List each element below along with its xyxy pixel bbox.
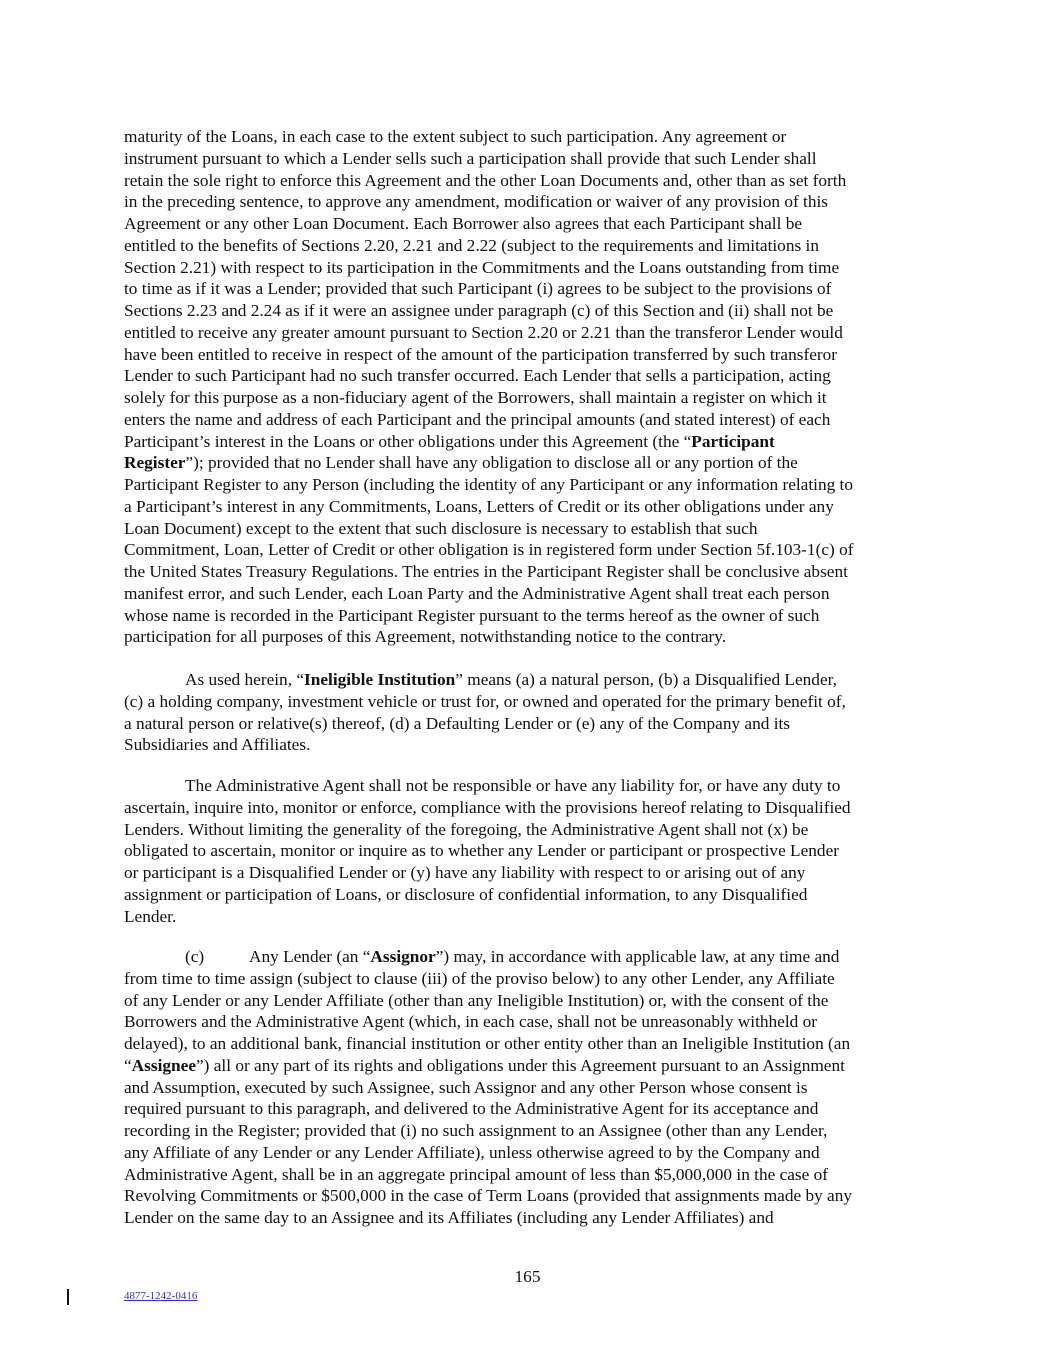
text-run: to time as if it was a Lender; provided … <box>124 279 831 298</box>
text-line: maturity of the Loans, in each case to t… <box>124 126 936 148</box>
text-line: assignment or participation of Loans, or… <box>124 884 936 906</box>
text-run: Lender to such Participant had no such t… <box>124 366 831 385</box>
text-line: participation for all purposes of this A… <box>124 626 936 648</box>
text-line: delayed), to an additional bank, financi… <box>124 1033 936 1055</box>
text-run: recording in the Register; provided that… <box>124 1121 827 1140</box>
text-run: the United States Treasury Regulations. … <box>124 562 848 581</box>
text-run: Agreement or any other Loan Document. Ea… <box>124 214 802 233</box>
text-line: whose name is recorded in the Participan… <box>124 605 936 627</box>
document-page: maturity of the Loans, in each case to t… <box>0 0 1055 1365</box>
text-line: Section 2.21) with respect to its partic… <box>124 257 936 279</box>
text-run: Revolving Commitments or $500,000 in the… <box>124 1186 852 1205</box>
text-line: “Assignee”) all or any part of its right… <box>124 1055 936 1077</box>
text-line: a Participant’s interest in any Commitme… <box>124 496 936 518</box>
text-run: ” means (a) a natural person, (b) a Disq… <box>455 670 837 689</box>
text-run: Any Lender (an “ <box>249 947 370 966</box>
text-run: (c) <box>185 946 249 968</box>
text-run: in the preceding sentence, to approve an… <box>124 192 828 211</box>
defined-term: Assignor <box>370 947 435 966</box>
text-line: manifest error, and such Lender, each Lo… <box>124 583 936 605</box>
text-run: As used herein, “ <box>185 670 304 689</box>
text-run: Loan Document) except to the extent that… <box>124 519 757 538</box>
text-line: from time to time assign (subject to cla… <box>124 968 936 990</box>
text-line: Borrowers and the Administrative Agent (… <box>124 1011 936 1033</box>
text-line: in the preceding sentence, to approve an… <box>124 191 936 213</box>
text-line: enters the name and address of each Part… <box>124 409 936 431</box>
text-run: Administrative Agent, shall be in an agg… <box>124 1165 828 1184</box>
text-line: required pursuant to this paragraph, and… <box>124 1098 936 1120</box>
text-run: have been entitled to receive in respect… <box>124 345 837 364</box>
text-line: Commitment, Loan, Letter of Credit or ot… <box>124 539 936 561</box>
text-line: obligated to ascertain, monitor or inqui… <box>124 840 936 862</box>
revision-change-bar <box>67 1289 69 1305</box>
text-run: and Assumption, executed by such Assigne… <box>124 1078 807 1097</box>
text-line: Lenders. Without limiting the generality… <box>124 819 936 841</box>
defined-term: Participant <box>691 432 775 451</box>
text-line: instrument pursuant to which a Lender se… <box>124 148 936 170</box>
paragraph-admin-agent-disqualified: The Administrative Agent shall not be re… <box>124 775 936 927</box>
text-run: ascertain, inquire into, monitor or enfo… <box>124 798 851 817</box>
text-line: Revolving Commitments or $500,000 in the… <box>124 1185 936 1207</box>
defined-term: Register <box>124 453 185 472</box>
text-line: (c)Any Lender (an “Assignor”) may, in ac… <box>124 946 936 968</box>
text-run: Participant Register to any Person (incl… <box>124 475 853 494</box>
text-line: Register”); provided that no Lender shal… <box>124 452 936 474</box>
text-run: ”); provided that no Lender shall have a… <box>185 453 797 472</box>
text-run: maturity of the Loans, in each case to t… <box>124 127 786 146</box>
text-line: (c) a holding company, investment vehicl… <box>124 691 936 713</box>
text-line: solely for this purpose as a non-fiducia… <box>124 387 936 409</box>
text-line: to time as if it was a Lender; provided … <box>124 278 936 300</box>
text-line: have been entitled to receive in respect… <box>124 344 936 366</box>
text-line: and Assumption, executed by such Assigne… <box>124 1077 936 1099</box>
text-run: delayed), to an additional bank, financi… <box>124 1034 850 1053</box>
text-run: obligated to ascertain, monitor or inqui… <box>124 841 839 860</box>
text-run: Commitment, Loan, Letter of Credit or ot… <box>124 540 853 559</box>
text-run: (c) a holding company, investment vehicl… <box>124 692 846 711</box>
text-line: Lender on the same day to an Assignee an… <box>124 1207 936 1229</box>
text-run: manifest error, and such Lender, each Lo… <box>124 584 829 603</box>
text-run: Participant’s interest in the Loans or o… <box>124 432 691 451</box>
text-line: entitled to receive any greater amount p… <box>124 322 936 344</box>
text-run: Borrowers and the Administrative Agent (… <box>124 1012 817 1031</box>
text-run: whose name is recorded in the Participan… <box>124 606 819 625</box>
text-run: entitled to the benefits of Sections 2.2… <box>124 236 819 255</box>
text-line: Subsidiaries and Affiliates. <box>124 734 936 756</box>
text-run: Section 2.21) with respect to its partic… <box>124 258 839 277</box>
text-run: retain the sole right to enforce this Ag… <box>124 171 846 190</box>
defined-term: Ineligible Institution <box>304 670 455 689</box>
text-line: Lender to such Participant had no such t… <box>124 365 936 387</box>
text-run: Lenders. Without limiting the generality… <box>124 820 808 839</box>
text-run: of any Lender or any Lender Affiliate (o… <box>124 991 828 1010</box>
text-run: a Participant’s interest in any Commitme… <box>124 497 834 516</box>
paragraph-ineligible-institution: As used herein, “Ineligible Institution”… <box>124 669 936 756</box>
text-run: The Administrative Agent shall not be re… <box>185 776 840 795</box>
text-line: entitled to the benefits of Sections 2.2… <box>124 235 936 257</box>
text-run: assignment or participation of Loans, or… <box>124 885 807 904</box>
text-line: recording in the Register; provided that… <box>124 1120 936 1142</box>
text-run: enters the name and address of each Part… <box>124 410 830 429</box>
text-line: Participant’s interest in the Loans or o… <box>124 431 936 453</box>
text-run: or participant is a Disqualified Lender … <box>124 863 805 882</box>
text-run: a natural person or relative(s) thereof,… <box>124 714 790 733</box>
text-line: ascertain, inquire into, monitor or enfo… <box>124 797 936 819</box>
text-line: the United States Treasury Regulations. … <box>124 561 936 583</box>
text-line: Administrative Agent, shall be in an agg… <box>124 1164 936 1186</box>
text-run: “ <box>124 1056 132 1075</box>
text-run: entitled to receive any greater amount p… <box>124 323 843 342</box>
defined-term: Assignee <box>132 1056 196 1075</box>
text-line: of any Lender or any Lender Affiliate (o… <box>124 990 936 1012</box>
text-line: retain the sole right to enforce this Ag… <box>124 170 936 192</box>
text-line: Agreement or any other Loan Document. Ea… <box>124 213 936 235</box>
text-line: a natural person or relative(s) thereof,… <box>124 713 936 735</box>
text-line: Sections 2.23 and 2.24 as if it were an … <box>124 300 936 322</box>
page-number: 165 <box>0 1267 1055 1287</box>
paragraph-participant-register: maturity of the Loans, in each case to t… <box>124 126 936 648</box>
text-line: Participant Register to any Person (incl… <box>124 474 936 496</box>
text-line: As used herein, “Ineligible Institution”… <box>124 669 936 691</box>
text-run: Sections 2.23 and 2.24 as if it were an … <box>124 301 833 320</box>
text-run: instrument pursuant to which a Lender se… <box>124 149 817 168</box>
text-line: Loan Document) except to the extent that… <box>124 518 936 540</box>
text-run: ”) may, in accordance with applicable la… <box>436 947 840 966</box>
text-run: participation for all purposes of this A… <box>124 627 726 646</box>
text-line: Lender. <box>124 906 936 928</box>
paragraph-clause-c-assignment: (c)Any Lender (an “Assignor”) may, in ac… <box>124 946 936 1229</box>
text-run: Lender on the same day to an Assignee an… <box>124 1208 774 1227</box>
text-line: The Administrative Agent shall not be re… <box>124 775 936 797</box>
text-line: any Affiliate of any Lender or any Lende… <box>124 1142 936 1164</box>
text-run: required pursuant to this paragraph, and… <box>124 1099 818 1118</box>
text-run: Lender. <box>124 907 176 926</box>
text-line: or participant is a Disqualified Lender … <box>124 862 936 884</box>
text-run: Subsidiaries and Affiliates. <box>124 735 310 754</box>
text-run: ”) all or any part of its rights and obl… <box>196 1056 845 1075</box>
text-run: solely for this purpose as a non-fiducia… <box>124 388 827 407</box>
document-id-link[interactable]: 4877-1242-0416 <box>124 1290 197 1302</box>
text-run: any Affiliate of any Lender or any Lende… <box>124 1143 820 1162</box>
text-run: from time to time assign (subject to cla… <box>124 969 835 988</box>
